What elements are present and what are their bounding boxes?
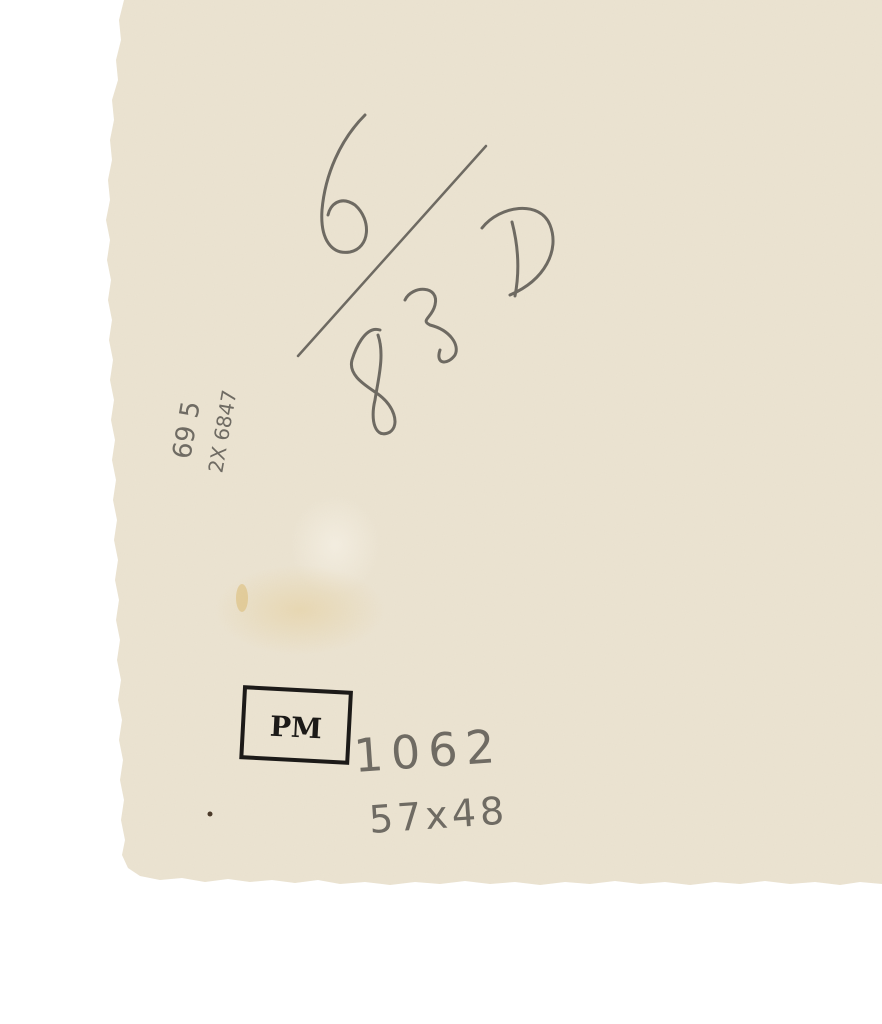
paper-speck: [208, 812, 213, 817]
inventory-number: 1062: [352, 719, 504, 783]
stamp-label: PM: [269, 710, 323, 746]
photo-stage: 69 5 2X 6847 PM 1062 57x48: [0, 0, 882, 1024]
paper-sheet: 69 5 2X 6847 PM 1062 57x48: [0, 0, 882, 1024]
